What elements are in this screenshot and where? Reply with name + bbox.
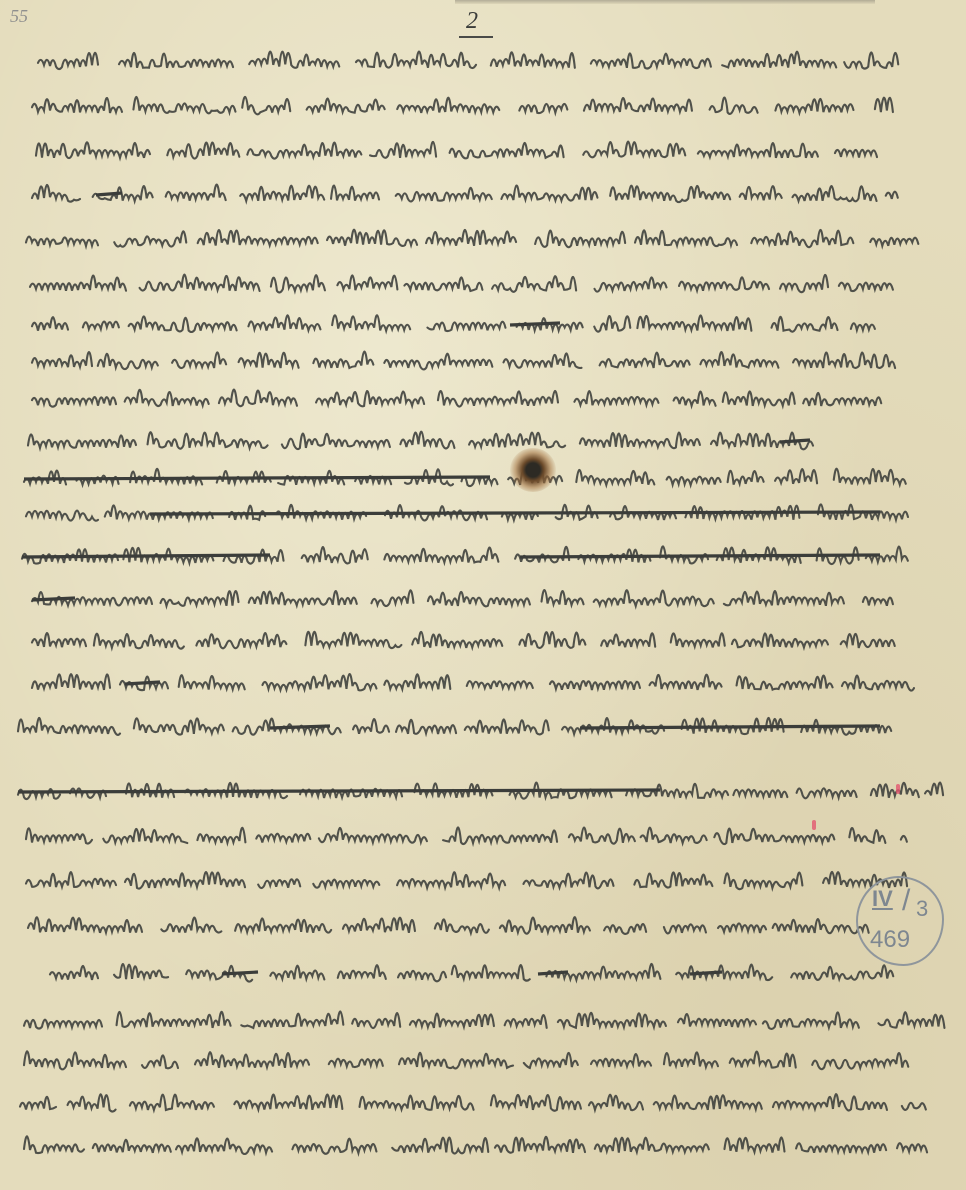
scan-edge-shadow — [455, 0, 875, 4]
handwritten-line — [28, 905, 868, 945]
page-number: 2 — [466, 8, 478, 35]
handwritten-line — [32, 173, 892, 213]
manuscript-page: 55 2 IV / 3 469 — [0, 0, 966, 1190]
stamp-part: 3 — [916, 896, 928, 922]
handwritten-line — [38, 40, 898, 80]
handwritten-line — [26, 860, 906, 900]
stamp-folio: 469 — [870, 926, 910, 954]
archive-stamp: IV / 3 469 — [856, 876, 944, 966]
handwritten-line — [30, 263, 890, 303]
handwritten-line — [18, 706, 898, 746]
handwritten-line — [22, 535, 902, 575]
handwritten-line — [32, 578, 892, 618]
stamp-slash: / — [902, 884, 910, 918]
handwritten-line — [32, 620, 892, 660]
margin-folio-number: 55 — [10, 6, 28, 27]
burn-hole — [510, 448, 556, 492]
stamp-volume: IV — [872, 886, 893, 912]
handwritten-line — [50, 952, 890, 992]
handwritten-line — [32, 340, 892, 380]
page-number-underline — [459, 36, 493, 38]
handwritten-line — [26, 492, 906, 532]
handwritten-line — [24, 1040, 904, 1080]
handwritten-line — [36, 130, 876, 170]
red-ink-mark — [896, 784, 900, 794]
handwritten-line — [20, 1082, 920, 1122]
handwritten-line — [18, 770, 938, 810]
handwritten-line — [32, 378, 892, 418]
handwritten-line — [24, 1000, 944, 1040]
red-ink-mark — [812, 820, 816, 830]
handwritten-line — [26, 815, 906, 855]
handwritten-line — [26, 218, 916, 258]
handwritten-line — [24, 457, 904, 497]
handwritten-line — [32, 85, 892, 125]
handwritten-line — [24, 1125, 924, 1165]
handwritten-line — [28, 420, 808, 460]
handwritten-line — [32, 662, 912, 702]
handwritten-line — [32, 303, 872, 343]
